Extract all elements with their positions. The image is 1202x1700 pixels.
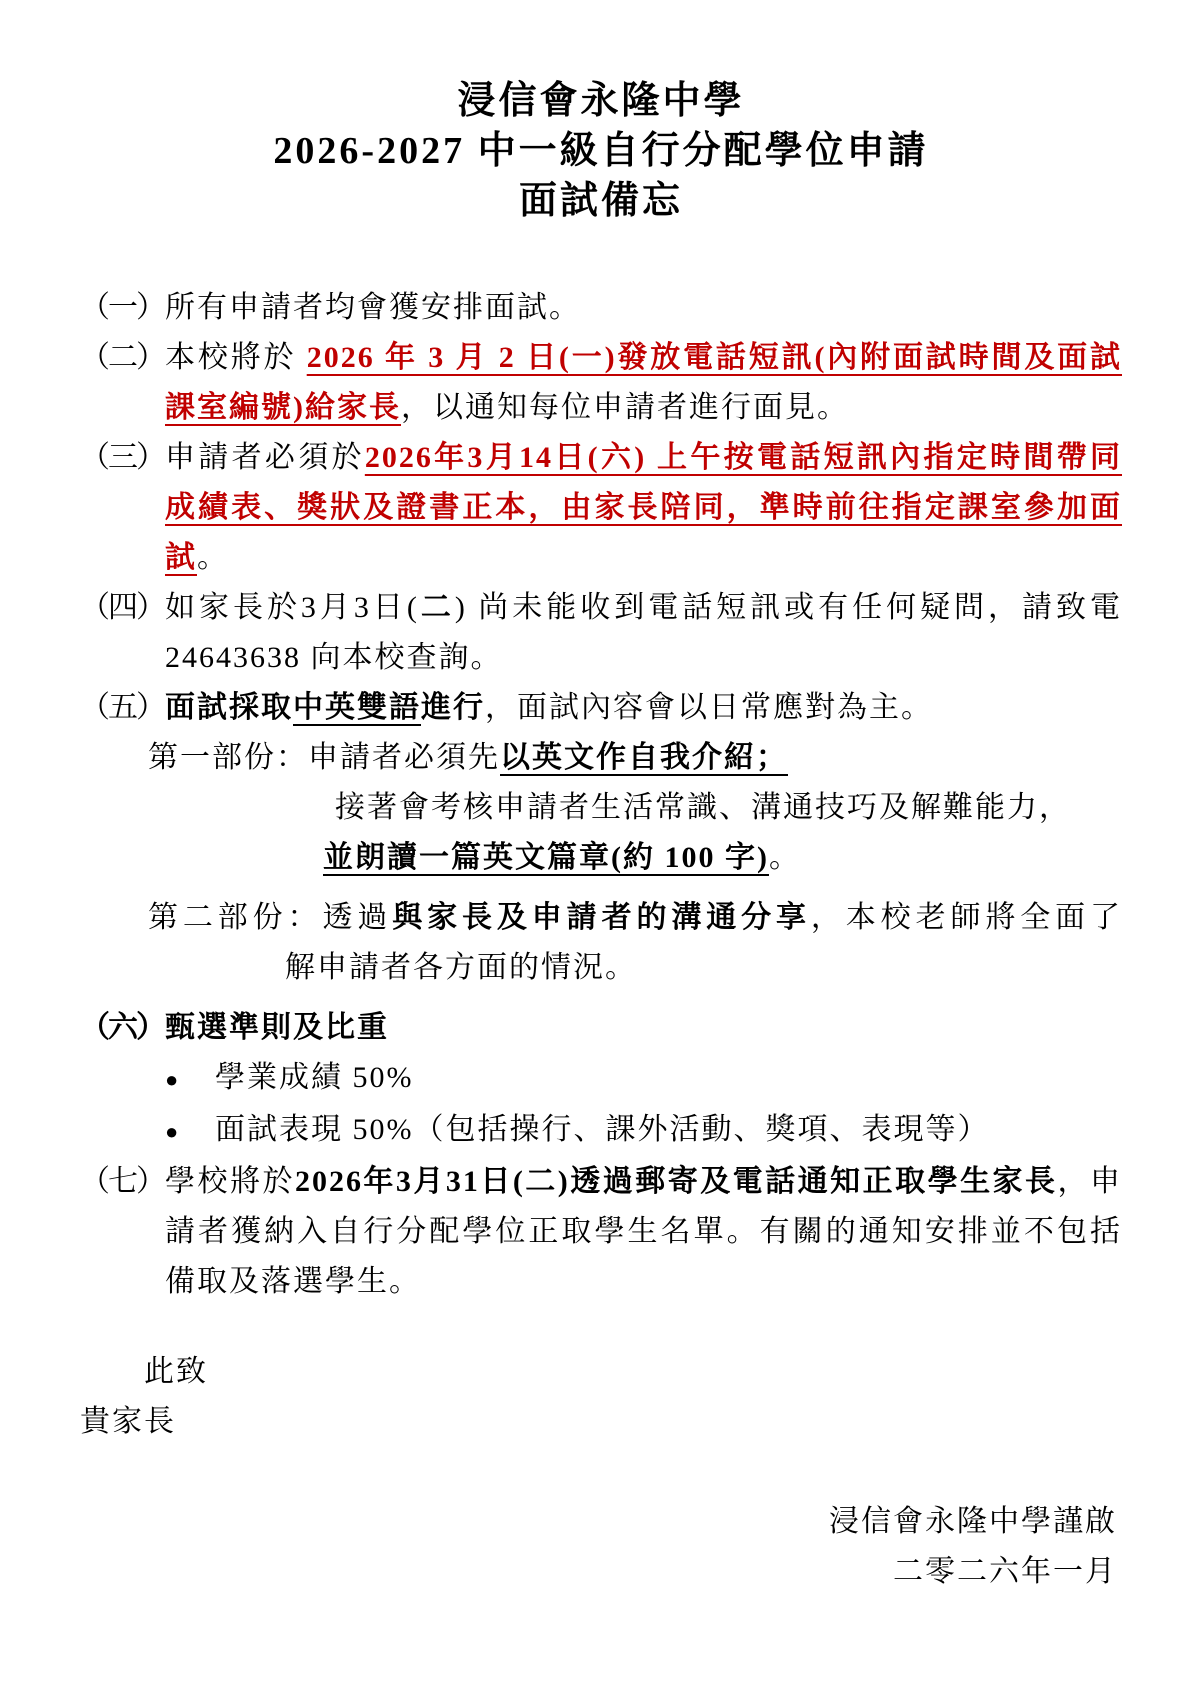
text-segment: 。 bbox=[769, 841, 801, 874]
text-segment: 面試表現 50%（包括操行、課外活動、獎項、表現等） bbox=[215, 1113, 990, 1146]
text-segment: 試 bbox=[165, 541, 197, 574]
text-segment: 進行 bbox=[421, 691, 485, 724]
text-segment: 2026年3月31日(二)透過郵寄及電話通知正取學生家長 bbox=[295, 1165, 1058, 1198]
line-content: 申請者必須於2026年3月14日(六) 上午按電話短訊內指定時間帶同 bbox=[165, 433, 1122, 483]
line-content: 解申請者各方面的情況。 bbox=[285, 943, 1122, 993]
document-line: 成績表、獎狀及證書正本，由家長陪同，準時前往指定課室參加面 bbox=[80, 483, 1122, 533]
line-content: 成績表、獎狀及證書正本，由家長陪同，準時前往指定課室參加面 bbox=[165, 483, 1122, 533]
document-page: 浸信會永隆中學 2026-2027 中一級自行分配學位申請 面試備忘 （一）所有… bbox=[0, 0, 1202, 1700]
text-segment: ，本校老師將全面了 bbox=[811, 901, 1122, 934]
closing-recipient: 貴家長 bbox=[80, 1397, 1122, 1447]
text-segment: 學業成績 50% bbox=[215, 1061, 414, 1094]
document-line: 並朗讀一篇英文篇章(約 100 字)。 bbox=[80, 833, 1122, 883]
text-segment: 解申請者各方面的情況。 bbox=[285, 951, 637, 984]
text-segment: 與家長及申請者的溝通分享 bbox=[392, 901, 811, 934]
document-line: （五）面試採取中英雙語進行，面試內容會以日常應對為主。 bbox=[80, 683, 1122, 733]
text-segment: 成績表、獎狀及證書正本，由家長陪同，準時前往指定課室參加面 bbox=[165, 491, 1122, 524]
line-content: 學校將於2026年3月31日(二)透過郵寄及電話通知正取學生家長，申 bbox=[165, 1157, 1122, 1207]
bullet-icon: ● bbox=[165, 1107, 215, 1157]
text-segment: 本校將於 bbox=[165, 341, 307, 374]
text-segment: 第一部份：申請者必須先 bbox=[148, 741, 500, 774]
line-content: 面試採取中英雙語進行，面試內容會以日常應對為主。 bbox=[165, 683, 1122, 733]
signature-date: 二零二六年一月 bbox=[0, 1547, 1117, 1597]
document-title: 浸信會永隆中學 2026-2027 中一級自行分配學位申請 面試備忘 bbox=[0, 0, 1202, 226]
document-line: （三）申請者必須於2026年3月14日(六) 上午按電話短訊內指定時間帶同 bbox=[80, 433, 1122, 483]
signature: 浸信會永隆中學謹啟 bbox=[0, 1497, 1117, 1547]
text-segment: ，面試內容會以日常應對為主。 bbox=[485, 691, 933, 724]
document-line: 備取及落選學生。 bbox=[80, 1257, 1122, 1307]
item-number: （四） bbox=[80, 583, 165, 633]
line-content: 如家長於3月3日(二) 尚未能收到電話短訊或有任何疑問，請致電 bbox=[165, 583, 1122, 633]
document-line: （六）甄選準則及比重 bbox=[80, 1003, 1122, 1053]
line-content: 第二部份：透過與家長及申請者的溝通分享，本校老師將全面了 bbox=[148, 893, 1122, 943]
text-segment: 申請者必須於 bbox=[165, 441, 365, 474]
document-line: 第一部份：申請者必須先以英文作自我介紹； bbox=[80, 733, 1122, 783]
document-line: 請者獲納入自行分配學位正取學生名單。有關的通知安排並不包括 bbox=[80, 1207, 1122, 1257]
closing-block: 此致 貴家長 bbox=[0, 1347, 1202, 1447]
text-segment: 24643638 向本校查詢。 bbox=[165, 641, 503, 674]
line-content: 本校將於 2026 年 3 月 2 日(一)發放電話短訊(內附面試時間及面試 bbox=[165, 333, 1122, 383]
line-content: 第一部份：申請者必須先以英文作自我介紹； bbox=[148, 733, 1122, 783]
item-number: （五） bbox=[80, 683, 165, 733]
text-segment: 以英文作自我介紹； bbox=[500, 741, 788, 774]
document-line: （二）本校將於 2026 年 3 月 2 日(一)發放電話短訊(內附面試時間及面… bbox=[80, 333, 1122, 383]
text-segment: 所有申請者均會獲安排面試。 bbox=[165, 291, 581, 324]
text-segment: 中英雙語 bbox=[293, 691, 421, 724]
item-number: （一） bbox=[80, 283, 165, 333]
text-segment: 學校將於 bbox=[165, 1165, 295, 1198]
text-segment: 甄選準則及比重 bbox=[165, 1011, 389, 1044]
closing-salute: 此致 bbox=[80, 1347, 1122, 1397]
document-line: ●面試表現 50%（包括操行、課外活動、獎項、表現等） bbox=[80, 1105, 1122, 1157]
line-content: 接著會考核申請者生活常識、溝通技巧及解難能力， bbox=[335, 783, 1122, 833]
text-segment: 並朗讀一篇英文篇章(約 100 字) bbox=[323, 841, 769, 874]
document-line: 接著會考核申請者生活常識、溝通技巧及解難能力， bbox=[80, 783, 1122, 833]
document-line: 第二部份：透過與家長及申請者的溝通分享，本校老師將全面了 bbox=[80, 893, 1122, 943]
document-body: （一）所有申請者均會獲安排面試。（二）本校將於 2026 年 3 月 2 日(一… bbox=[0, 283, 1202, 1307]
document-line: （一）所有申請者均會獲安排面試。 bbox=[80, 283, 1122, 333]
text-segment: ，申 bbox=[1058, 1165, 1122, 1198]
document-line: （四）如家長於3月3日(二) 尚未能收到電話短訊或有任何疑問，請致電 bbox=[80, 583, 1122, 633]
line-content: 請者獲納入自行分配學位正取學生名單。有關的通知安排並不包括 bbox=[165, 1207, 1122, 1257]
line-content: ●學業成績 50% bbox=[165, 1053, 1122, 1105]
text-segment: 如家長於3月3日( bbox=[165, 591, 419, 624]
line-content: 並朗讀一篇英文篇章(約 100 字)。 bbox=[323, 833, 1122, 883]
document-line: 24643638 向本校查詢。 bbox=[80, 633, 1122, 683]
line-content: 試。 bbox=[165, 533, 1122, 583]
document-line: （七）學校將於2026年3月31日(二)透過郵寄及電話通知正取學生家長，申 bbox=[80, 1157, 1122, 1207]
line-content: ●面試表現 50%（包括操行、課外活動、獎項、表現等） bbox=[165, 1105, 1122, 1157]
text-segment: 2026年3月14日(六) 上午按電話短訊內指定時間帶同 bbox=[365, 441, 1122, 474]
document-line: ●學業成績 50% bbox=[80, 1053, 1122, 1105]
text-segment: 二 bbox=[419, 591, 455, 624]
item-number: （二） bbox=[80, 333, 165, 383]
line-content: 備取及落選學生。 bbox=[165, 1257, 1122, 1307]
text-segment: 請者獲納入自行分配學位正取學生名單。有關的通知安排並不包括 bbox=[165, 1215, 1122, 1248]
text-segment: 接著會考核申請者生活常識、溝通技巧及解難能力， bbox=[335, 791, 1071, 824]
text-segment: 2026 年 3 月 2 日(一)發放電話短訊(內附面試時間及面試 bbox=[307, 341, 1122, 374]
line-content: 24643638 向本校查詢。 bbox=[165, 633, 1122, 683]
document-subtitle: 2026-2027 中一級自行分配學位申請 bbox=[0, 126, 1202, 176]
item-number: （六） bbox=[80, 1003, 165, 1053]
item-number: （七） bbox=[80, 1157, 165, 1207]
document-line: 解申請者各方面的情況。 bbox=[80, 943, 1122, 993]
text-segment: ，以通知每位申請者進行面見。 bbox=[401, 391, 849, 424]
text-segment: 課室編號)給家長 bbox=[165, 391, 401, 424]
document-heading: 面試備忘 bbox=[0, 176, 1202, 226]
school-name: 浸信會永隆中學 bbox=[0, 76, 1202, 126]
document-line: 試。 bbox=[80, 533, 1122, 583]
document-line: 課室編號)給家長，以通知每位申請者進行面見。 bbox=[80, 383, 1122, 433]
item-number: （三） bbox=[80, 433, 165, 483]
line-content: 所有申請者均會獲安排面試。 bbox=[165, 283, 1122, 333]
line-content: 課室編號)給家長，以通知每位申請者進行面見。 bbox=[165, 383, 1122, 433]
bullet-icon: ● bbox=[165, 1055, 215, 1105]
text-segment: ) 尚未能收到電話短訊或有任何疑問，請致電 bbox=[455, 591, 1122, 624]
text-segment: 面試採取 bbox=[165, 691, 293, 724]
text-segment: 第二部份：透過 bbox=[148, 901, 392, 934]
signature-block: 浸信會永隆中學謹啟 二零二六年一月 bbox=[0, 1497, 1202, 1597]
line-content: 甄選準則及比重 bbox=[165, 1003, 1122, 1053]
text-segment: 備取及落選學生。 bbox=[165, 1265, 421, 1298]
text-segment: 。 bbox=[197, 541, 229, 574]
